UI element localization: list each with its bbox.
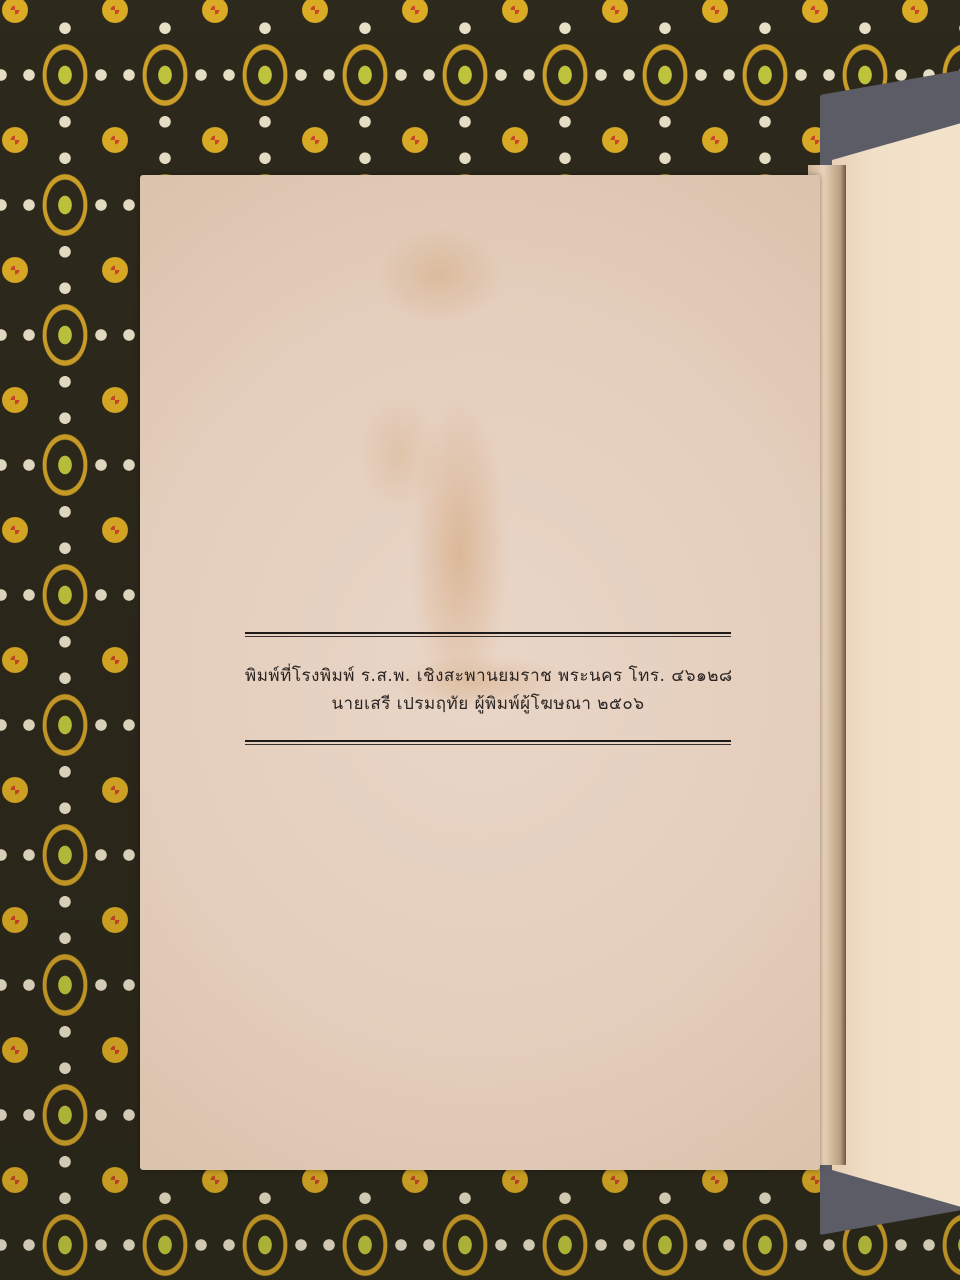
colophon-top-rule	[245, 632, 731, 634]
colophon-block: พิมพ์ที่โรงพิมพ์ ร.ส.พ. เชิงสะพานยมราช พ…	[245, 632, 731, 744]
colophon-printer-line: พิมพ์ที่โรงพิมพ์ ร.ส.พ. เชิงสะพานยมราช พ…	[245, 662, 731, 689]
book-right-endpaper	[832, 120, 960, 1210]
colophon-publisher-line: นายเสรี เปรมฤทัย ผู้พิมพ์ผู้โฆษณา ๒๕๐๖	[245, 690, 731, 717]
colophon-bottom-rule	[245, 740, 731, 742]
